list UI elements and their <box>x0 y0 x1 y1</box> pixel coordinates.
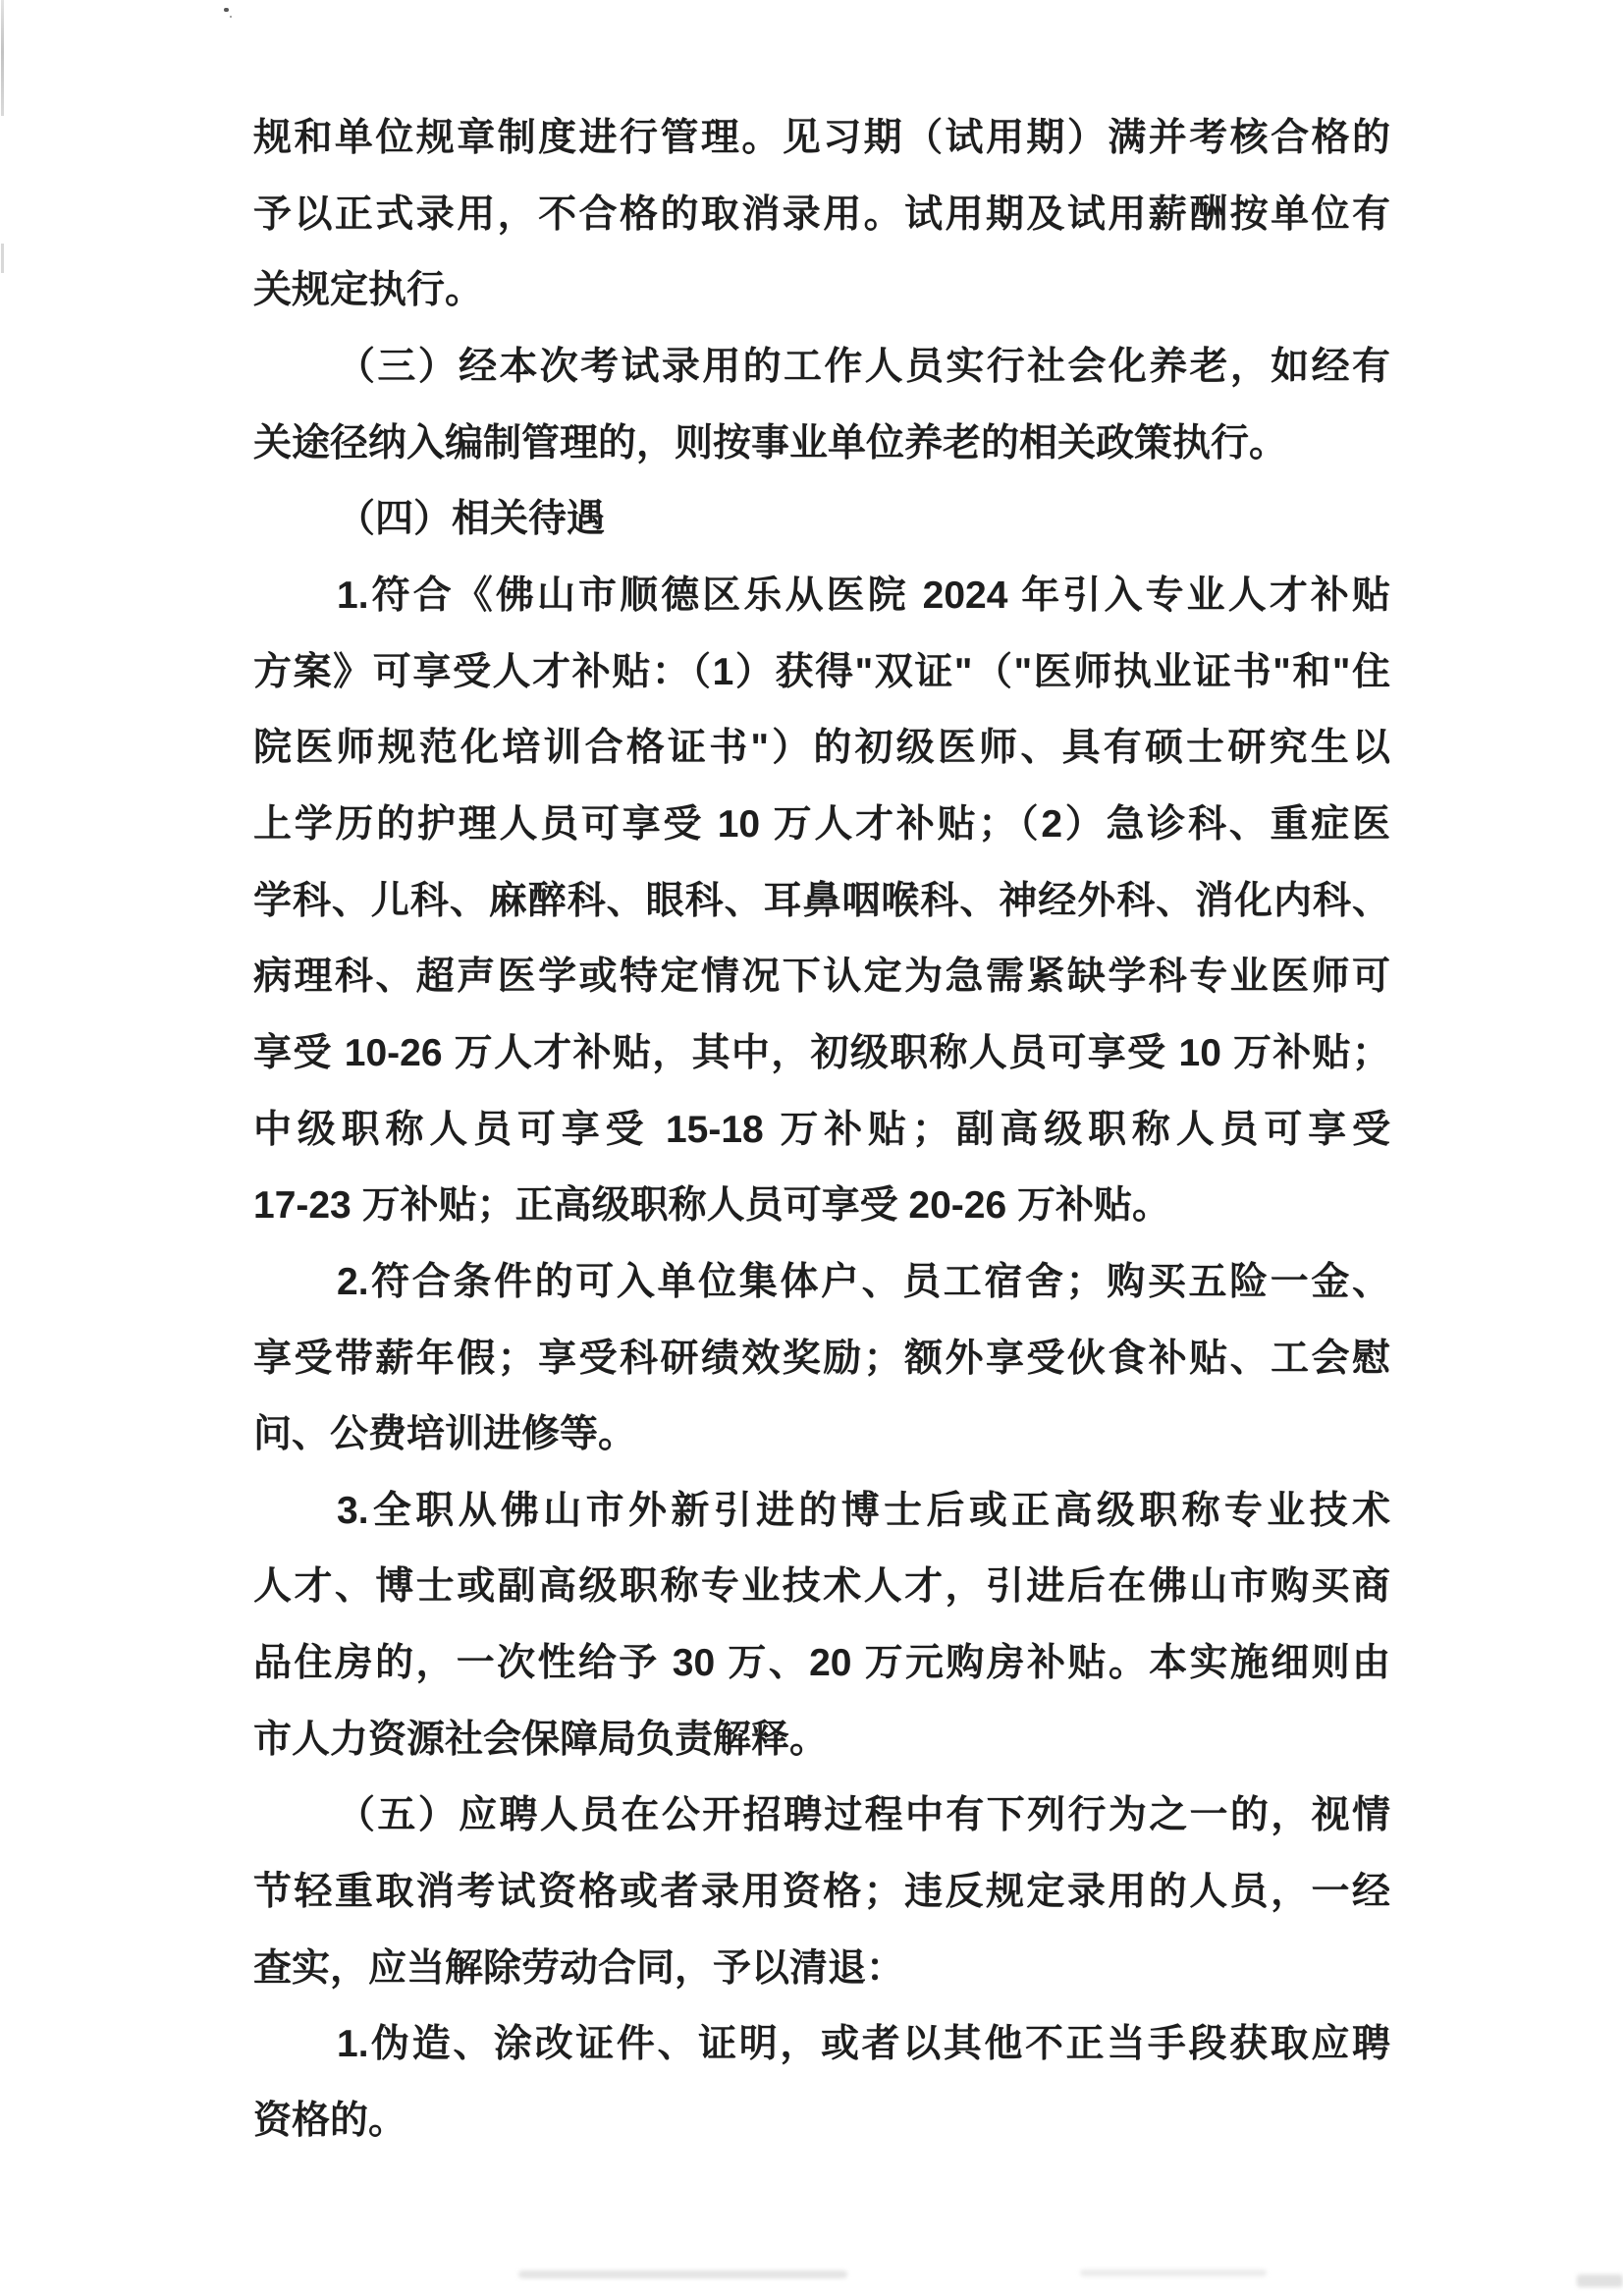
text-line: （五）应聘人员在公开招聘过程中有下列行为之一的，视情 <box>253 1777 1390 1854</box>
text-line: 资格的。 <box>253 2083 1390 2159</box>
scan-smudge <box>1080 2269 1267 2276</box>
text-line: 1.伪造、涂改证件、证明，或者以其他不正当手段获取应聘 <box>253 2006 1390 2083</box>
scan-speck <box>230 16 232 18</box>
text-line: 关途径纳入编制管理的，则按事业单位养老的相关政策执行。 <box>253 406 1390 482</box>
scan-speck <box>224 8 229 12</box>
scan-smudge <box>1577 2274 1623 2287</box>
text-line: 予以正式录用，不合格的取消录用。试用期及试用薪酬按单位有 <box>253 177 1390 253</box>
text-line: 关规定执行。 <box>253 252 1390 329</box>
text-line: 1.符合《佛山市顺德区乐从医院 2024 年引入专业人才补贴 <box>253 558 1390 634</box>
text-line: 学科、儿科、麻醉科、眼科、耳鼻咽喉科、神经外科、消化内科、 <box>253 863 1390 940</box>
text-line: 中级职称人员可享受 15-18 万补贴；副高级职称人员可享受 <box>253 1092 1390 1169</box>
text-line: 节轻重取消考试资格或者录用资格；违反规定录用的人员，一经 <box>253 1854 1390 1931</box>
text-line: 17-23 万补贴；正高级职称人员可享受 20-26 万补贴。 <box>253 1168 1390 1244</box>
text-line: 2.符合条件的可入单位集体户、员工宿舍；购买五险一金、 <box>253 1244 1390 1321</box>
text-line: 市人力资源社会保障局负责解释。 <box>253 1702 1390 1778</box>
text-line: 方案》可享受人才补贴：（1）获得"双证"（"医师执业证书"和"住 <box>253 634 1390 711</box>
text-line: 3.全职从佛山市外新引进的博士后或正高级职称专业技术 <box>253 1473 1390 1550</box>
scanned-document-page: 规和单位规章制度进行管理。见习期（试用期）满并考核合格的 予以正式录用，不合格的… <box>0 0 1623 2296</box>
text-line: 品住房的，一次性给予 30 万、20 万元购房补贴。本实施细则由 <box>253 1625 1390 1702</box>
text-line: 病理科、超声医学或特定情况下认定为急需紧缺学科专业医师可 <box>253 939 1390 1015</box>
text-line: （四）相关待遇 <box>253 481 1390 558</box>
text-line: 院医师规范化培训合格证书"）的初级医师、具有硕士研究生以 <box>253 710 1390 787</box>
scan-smudge <box>518 2270 847 2278</box>
text-line: 查实，应当解除劳动合同，予以清退： <box>253 1931 1390 2007</box>
scan-edge-artifact <box>1 0 4 116</box>
scan-edge-artifact <box>1 244 4 273</box>
text-line: 上学历的护理人员可享受 10 万人才补贴；（2）急诊科、重症医 <box>253 787 1390 863</box>
text-line: 享受 10-26 万人才补贴，其中，初级职称人员可享受 10 万补贴； <box>253 1015 1390 1092</box>
document-text-block: 规和单位规章制度进行管理。见习期（试用期）满并考核合格的 予以正式录用，不合格的… <box>253 100 1390 2159</box>
text-line: 人才、博士或副高级职称专业技术人才，引进后在佛山市购买商 <box>253 1549 1390 1625</box>
text-line: （三）经本次考试录用的工作人员实行社会化养老，如经有 <box>253 329 1390 406</box>
text-line: 问、公费培训进修等。 <box>253 1396 1390 1473</box>
text-line: 享受带薪年假；享受科研绩效奖励；额外享受伙食补贴、工会慰 <box>253 1321 1390 1397</box>
text-line: 规和单位规章制度进行管理。见习期（试用期）满并考核合格的 <box>253 100 1390 177</box>
